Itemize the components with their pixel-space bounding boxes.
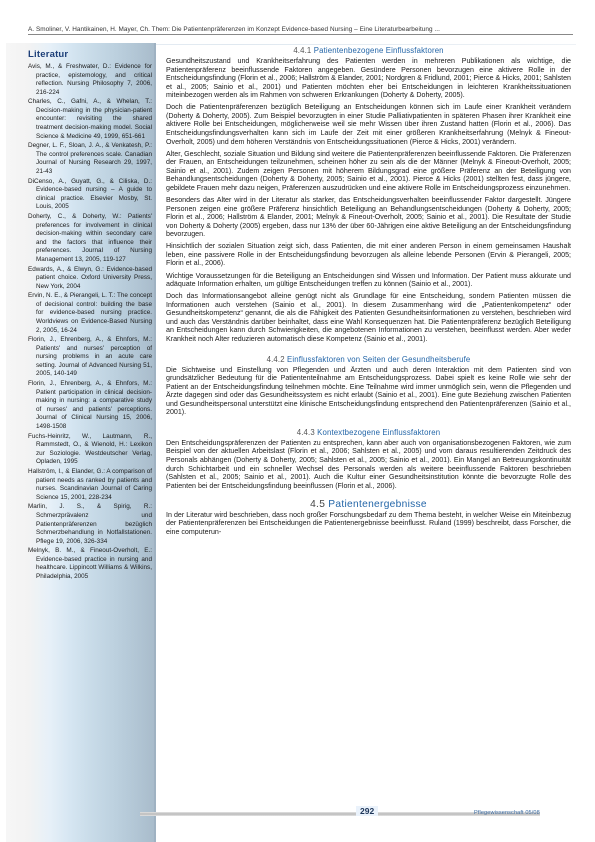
section-4-4-2: 4.4.2 Einflussfaktoren von Seiten der Ge… — [166, 356, 571, 417]
paragraph: Alter, Geschlecht, soziale Situation und… — [166, 150, 571, 193]
section-title: Patientenbezogene Einflussfaktoren — [314, 46, 444, 55]
section-number: 4.5 — [310, 499, 325, 510]
paragraph: Wichtige Voraussetzungen für die Beteili… — [166, 272, 571, 289]
running-head: A. Smoliner, V. Hantikainen, H. Mayer, C… — [28, 26, 573, 35]
paragraph: Doch das Informationsangebot alleine gen… — [166, 292, 571, 343]
section-title: Kontextbezogene Einflussfaktoren — [317, 428, 440, 437]
section-4-4-3: 4.4.3 Kontextbezogene Einflussfaktoren D… — [166, 429, 571, 490]
section-heading: 4.4.1 Patientenbezogene Einflussfaktoren — [166, 47, 571, 56]
paragraph: Den Entscheidungspräferenzen der Patient… — [166, 439, 571, 490]
reference-item: Edwards, A., & Elwyn, G.: Evidence-based… — [28, 266, 152, 292]
reference-item: Doherty, C., & Doherty, W.: Patients' pr… — [28, 213, 152, 264]
chapter-heading: 4.5 Patientenergebnisse — [166, 501, 571, 510]
references-sidebar: Literatur Avis, M., & Freshwater, D.: Ev… — [6, 43, 156, 842]
reference-item: Florin, J., Ehrenberg, A., & Ehnfors, M.… — [28, 336, 152, 379]
reference-item: Melnyk, B. M., & Fineout-Overholt, E.: E… — [28, 547, 152, 581]
section-heading: 4.4.2 Einflussfaktoren von Seiten der Ge… — [166, 356, 571, 365]
section-number: 4.4.3 — [297, 428, 315, 437]
journal-name: Pflegewissenschaft 05/08 — [474, 810, 540, 816]
reference-item: DiCenso, A., Guyatt, G., & Ciliska, D.: … — [28, 178, 152, 212]
reference-item: Charles, C., Gafni, A., & Whelan, T.: De… — [28, 98, 152, 141]
reference-item: Avis, M., & Freshwater, D.: Evidence for… — [28, 63, 152, 97]
section-title: Patientenergebnisse — [328, 499, 427, 510]
paragraph: Doch die Patientenpräferenzen bezüglich … — [166, 103, 571, 146]
reference-list: Avis, M., & Freshwater, D.: Evidence for… — [28, 63, 152, 583]
paragraph: Gesundheitszustand und Krankheitserfahru… — [166, 57, 571, 100]
paragraph: Die Sichtweise und Einstellung von Pfleg… — [166, 366, 571, 417]
main-column: 4.4.1 Patientenbezogene Einflussfaktoren… — [166, 47, 571, 540]
reference-item: Marlin, J. S., & Spirig, R.: Schmerzpräv… — [28, 503, 152, 546]
paragraph: Besonders das Alter wird in der Literatu… — [166, 196, 571, 239]
paragraph: Hinsichtlich der sozialen Situation zeig… — [166, 242, 571, 268]
section-4-5: 4.5 Patientenergebnisse In der Literatur… — [166, 501, 571, 536]
reference-item: Ervin, N. E., & Pierangeli, L. T.: The c… — [28, 292, 152, 335]
reference-item: Degner, L. F., Sloan, J. A., & Venkatesh… — [28, 142, 152, 176]
section-number: 4.4.1 — [293, 46, 311, 55]
reference-item: Florin, J., Ehrenberg, A., & Ehnfors, M.… — [28, 380, 152, 431]
page-number: 292 — [356, 806, 378, 816]
reference-item: Hallström, I., & Elander, G.: A comparis… — [28, 468, 152, 502]
reference-item: Fuchs-Heinritz, W., Lautmann, R., Rammst… — [28, 433, 152, 467]
references-title: Literatur — [28, 49, 68, 60]
section-title: Einflussfaktoren von Seiten der Gesundhe… — [287, 355, 470, 364]
section-4-4-1: 4.4.1 Patientenbezogene Einflussfaktoren… — [166, 47, 571, 344]
section-heading: 4.4.3 Kontextbezogene Einflussfaktoren — [166, 429, 571, 438]
paragraph: In der Literatur wird beschrieben, dass … — [166, 511, 571, 537]
section-number: 4.4.2 — [267, 355, 285, 364]
